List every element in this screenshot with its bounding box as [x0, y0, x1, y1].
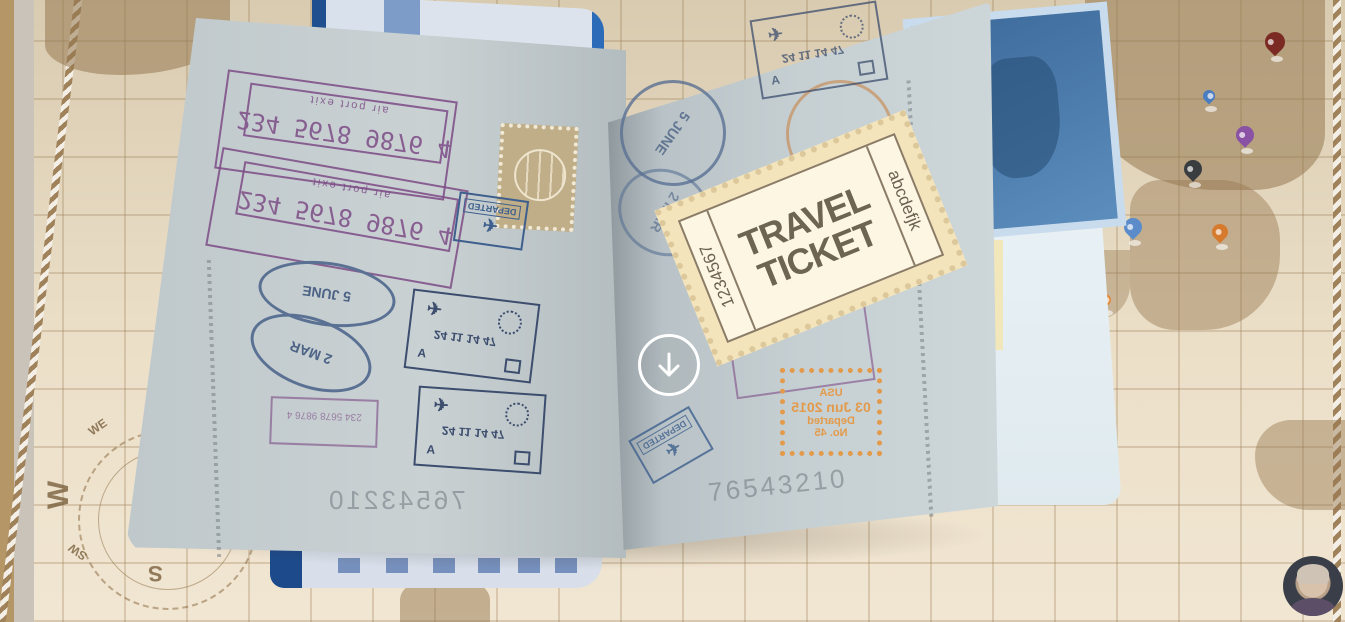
airplane-icon: ✈ — [767, 24, 785, 47]
orange-stamp-bottom: No. 45 — [785, 427, 877, 439]
exit-door-icon — [504, 358, 522, 374]
flight-stamp-number: 24 11 14 47 — [433, 327, 497, 349]
arrow-down-icon — [653, 349, 685, 381]
oval-stamp-text: 5 JUNE — [652, 108, 693, 157]
oval-stamp-text: 2 MAR — [288, 338, 334, 368]
exit-door-icon — [514, 450, 531, 465]
oval-stamp-text: 5 JUNE — [302, 283, 353, 306]
orange-stamp-middle: Departed — [785, 415, 877, 427]
pin-base — [1189, 182, 1201, 188]
pin-base — [1241, 148, 1253, 154]
exit-stamp-number: 234 5678 9876 4 — [236, 185, 454, 250]
continent-east-asia — [1130, 180, 1280, 330]
pin-base — [1216, 244, 1228, 250]
compass-label-we: WE — [86, 416, 110, 439]
dotted-circle-icon — [504, 402, 530, 428]
exit-stamp-number: 234 5678 9876 4 — [272, 398, 377, 433]
flight-stamp-letter: A — [417, 346, 427, 361]
pin-base — [1129, 240, 1141, 246]
exit-stamp-small: 234 5678 9876 4 — [269, 396, 379, 448]
flight-stamp-letter: A — [770, 73, 781, 88]
rope-border-right — [1333, 0, 1341, 622]
orange-entry-stamp: USA 03 Jun 2015 Departed No. 45 — [780, 368, 882, 456]
orange-stamp-top: USA — [785, 387, 877, 399]
pin-base — [1205, 106, 1217, 112]
exit-door-icon — [857, 60, 875, 76]
flight-stamp-1: ✈ 24 11 14 47 A — [404, 288, 541, 383]
flight-stamp-number: 24 11 14 47 — [781, 42, 845, 66]
flight-stamp-2: ✈ 24 11 14 47 A — [413, 386, 546, 475]
dotted-circle-icon — [838, 13, 865, 40]
page-number-left: 76543210 — [326, 485, 466, 516]
exit-stamp-header: air port exit — [308, 93, 389, 116]
pin-base — [1271, 56, 1283, 62]
compass-label-w: W — [42, 481, 76, 509]
scroll-down-button[interactable] — [638, 334, 700, 396]
flight-stamp-letter: A — [426, 442, 436, 457]
orange-stamp-date: 03 Jun 2015 — [785, 399, 877, 415]
airplane-icon: ✈ — [426, 298, 444, 321]
map-background: WE W SW S E нами! air port exit 234 5678… — [0, 0, 1345, 622]
user-avatar[interactable] — [1283, 556, 1343, 616]
dotted-circle-icon — [497, 309, 524, 336]
departed-stamp: DEPARTED ✈ — [453, 191, 529, 250]
flight-stamp-number: 24 11 14 47 — [441, 423, 505, 441]
continent-australia — [1255, 420, 1345, 510]
exit-stamp-header: air port exit — [310, 175, 391, 201]
airplane-icon: ✈ — [433, 395, 450, 417]
